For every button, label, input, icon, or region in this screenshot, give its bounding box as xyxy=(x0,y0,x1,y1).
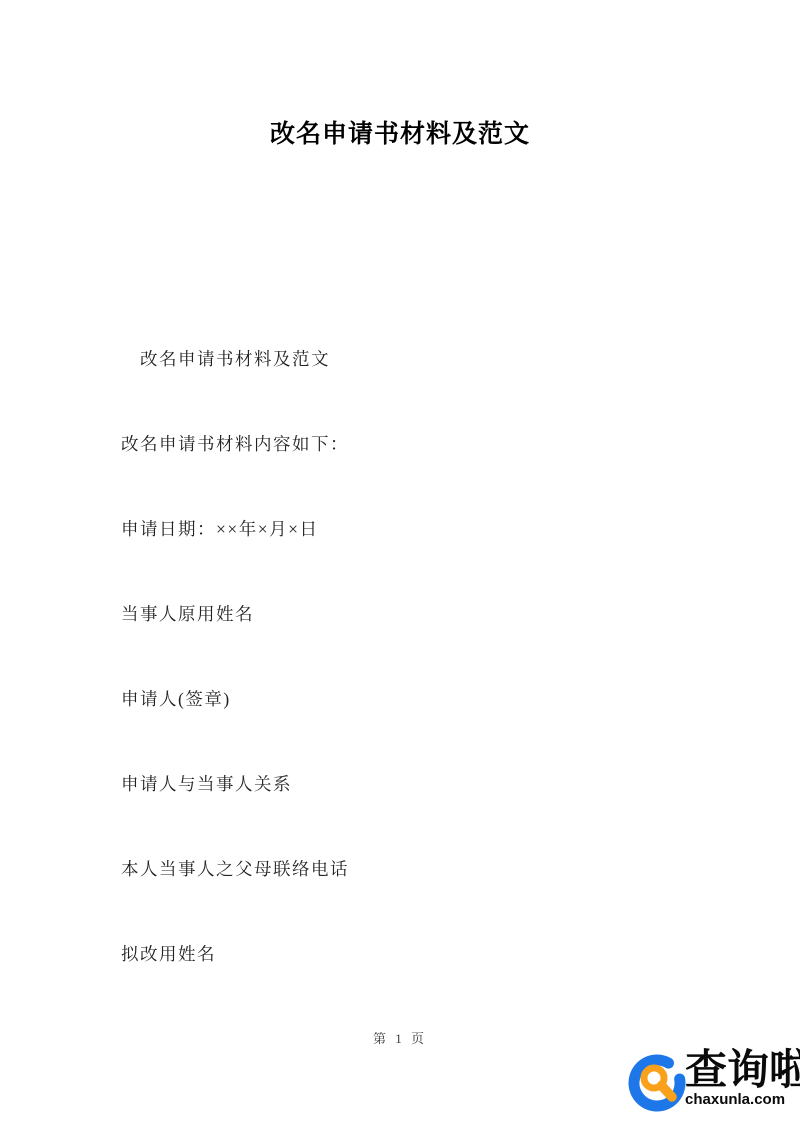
document-text-line: 拟改用姓名 xyxy=(121,944,216,965)
logo-site-name: 查询啦 xyxy=(685,1051,800,1091)
magnifier-icon xyxy=(628,1054,686,1112)
logo-text-block: 查询啦 chaxunla.com xyxy=(685,1051,800,1107)
document-text-line: 当事人原用姓名 xyxy=(121,604,254,625)
document-text-line: 本人当事人之父母联络电话 xyxy=(121,859,349,880)
page-title: 改名申请书材料及范文 xyxy=(0,114,800,150)
document-text-line: 申请人与当事人关系 xyxy=(121,774,292,795)
document-text-line: 改名申请书材料内容如下： xyxy=(121,434,349,455)
page-number: 第 1 页 xyxy=(0,1028,800,1047)
document-text-line: 改名申请书材料及范文 xyxy=(121,349,330,370)
document-text-line: 申请人(签章) xyxy=(121,689,231,710)
document-text-line: 申请日期：××年×月×日 xyxy=(121,519,318,540)
logo-site-domain: chaxunla.com xyxy=(685,1092,800,1107)
document-page: 改名申请书材料及范文 改名申请书材料及范文 改名申请书材料内容如下： 申请日期：… xyxy=(0,0,800,1132)
site-logo[interactable]: 查询啦 chaxunla.com xyxy=(628,1051,800,1112)
